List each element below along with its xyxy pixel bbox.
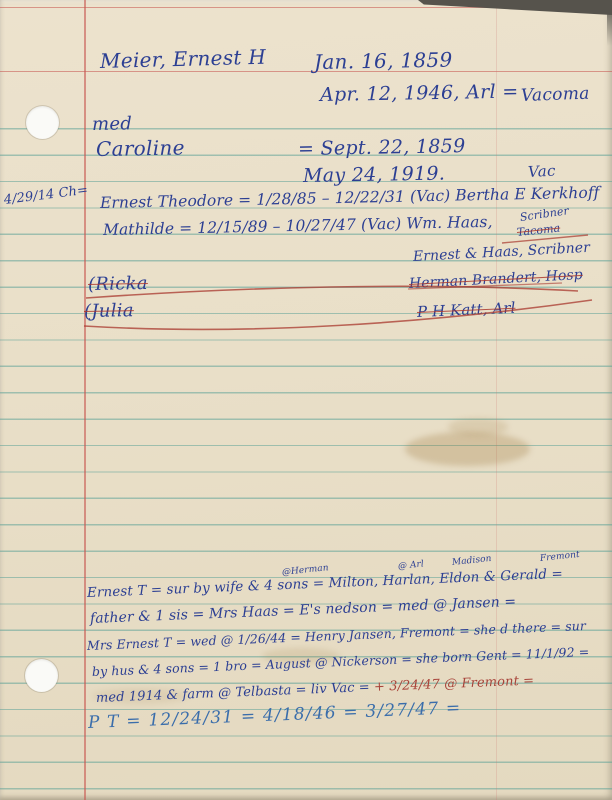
death-place: Vacoma [521, 84, 590, 106]
punch-hole-bottom [25, 659, 58, 692]
spouse-death-date: May 24, 1919. [303, 163, 445, 187]
paper-stain [448, 418, 508, 436]
child-entry-3-struck: (Ricka [88, 273, 148, 295]
paper-stain [405, 432, 530, 466]
birth-date: Jan. 16, 1859 [314, 48, 453, 74]
spouse-death-place: Vac [528, 162, 557, 181]
punch-hole-top [26, 106, 59, 139]
married-abbrev: med [92, 113, 133, 135]
scan-edge-artifact [607, 0, 612, 46]
left-margin-red-rule [84, 0, 86, 800]
spouse-name: Caroline [96, 135, 185, 161]
entry-name: Meier, Ernest H [100, 45, 267, 73]
child-entry-4-struck: (Julia [84, 300, 134, 322]
notebook-page: Meier, Ernest H Jan. 16, 1859 Apr. 12, 1… [0, 0, 612, 800]
spouse-birth-date: = Sept. 22, 1859 [298, 135, 466, 160]
death-date: Apr. 12, 1946, Arl = [320, 81, 519, 106]
top-red-rule-2 [0, 71, 612, 72]
